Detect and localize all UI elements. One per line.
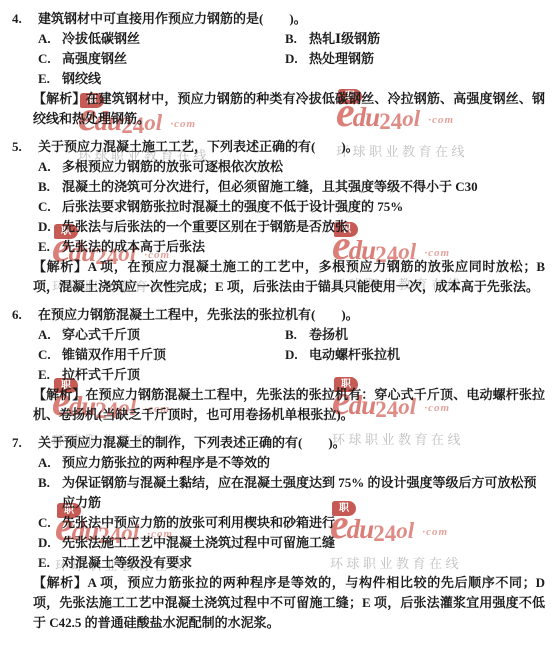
option: A.冷拔低碳钢丝 — [38, 29, 285, 49]
option-label: B. — [38, 177, 62, 197]
options-list: A.多根预应力钢筋的放张可逐根依次放松B.混凝土的浇筑可分次进行，但必须留施工缝… — [12, 157, 545, 257]
question-stem: 关于预应力混凝土施工工艺，下列表述正确的有( )。 — [38, 137, 545, 157]
option-text: 热处理钢筋 — [309, 49, 545, 69]
option-label: E. — [38, 69, 62, 89]
option-text: 先张法中预应力筋的放张可利用楔块和砂箱进行 — [62, 513, 545, 533]
option-row: E.钢绞线 — [38, 69, 545, 89]
option-row: A.预应力筋张拉的两种程序是不等效的 — [38, 453, 545, 473]
options-list: A.预应力筋张拉的两种程序是不等效的B.为保证钢筋与混凝土黏结，应在混凝土强度达… — [12, 453, 545, 573]
option-row: C.后张法要求钢筋张拉时混凝土的强度不低于设计强度的 75% — [38, 197, 545, 217]
option: B.混凝土的浇筑可分次进行，但必须留施工缝，且其强度等级不得小于 C30 — [38, 177, 545, 197]
option-text: 卷扬机 — [309, 325, 545, 345]
question-number: 6. — [12, 305, 38, 325]
analysis-paragraph: 【解析】A 项，在预应力混凝土施工的工艺中，多根预应力钢筋的放张应同时放松；B … — [33, 257, 545, 297]
exam-document-page: 职edu24ol ·com 环球职业教育在线 职edu24ol ·com 环球职… — [0, 0, 558, 668]
option-label: C. — [38, 345, 62, 365]
option-text: 对混凝土等级没有要求 — [62, 553, 545, 573]
option-text: 热轧Ⅰ级钢筋 — [309, 29, 545, 49]
option-row: D.先张法与后张法的一个重要区别在于钢筋是否放张 — [38, 217, 545, 237]
option-row: A.多根预应力钢筋的放张可逐根依次放松 — [38, 157, 545, 177]
option: D.电动螺杆张拉机 — [285, 345, 545, 365]
question-stem: 在预应力钢筋混凝土工程中，先张法的张拉机有( )。 — [38, 305, 545, 325]
option-label: D. — [38, 533, 62, 553]
analysis-paragraph: 【解析】在预应力钢筋混凝土工程中，先张法的张拉机有：穿心式千斤顶、电动螺杆张拉机… — [33, 385, 545, 425]
option-text: 预应力筋张拉的两种程序是不等效的 — [62, 453, 545, 473]
analysis-paragraph: 【解析】在建筑钢材中，预应力钢筋的种类有冷拔低碳钢丝、冷拉钢筋、高强度钢丝、钢绞… — [33, 89, 545, 129]
options-list: A.冷拔低碳钢丝B.热轧Ⅰ级钢筋C.高强度钢丝D.热处理钢筋E.钢绞线 — [12, 29, 545, 89]
option-row: A.冷拔低碳钢丝B.热轧Ⅰ级钢筋 — [38, 29, 545, 49]
option-label: A. — [38, 157, 62, 177]
analysis-paragraph: 【解析】A 项，预应力筋张拉的两种程序是等效的，与构件相比较的先后顺序不同；D … — [33, 573, 545, 633]
analysis-text: 在建筑钢材中，预应力钢筋的种类有冷拔低碳钢丝、冷拉钢筋、高强度钢丝、钢绞线和热处… — [33, 91, 545, 126]
option-row: E.拉杆式千斤顶 — [38, 365, 545, 385]
option-text: 钢绞线 — [62, 69, 545, 89]
option: D.先张法施工工艺中混凝土浇筑过程中可留施工缝 — [38, 533, 545, 553]
analysis-label: 【解析】 — [33, 259, 88, 274]
option: C.高强度钢丝 — [38, 49, 285, 69]
option-label: D. — [285, 49, 309, 69]
option-text: 混凝土的浇筑可分次进行，但必须留施工缝，且其强度等级不得小于 C30 — [62, 177, 545, 197]
question-stem: 关于预应力混凝土的制作，下列表述正确的有( )。 — [38, 433, 545, 453]
option-label: D. — [285, 345, 309, 365]
option-row: D.先张法施工工艺中混凝土浇筑过程中可留施工缝 — [38, 533, 545, 553]
questions-content: 4.建筑钢材中可直接用作预应力钢筋的是( )。A.冷拔低碳钢丝B.热轧Ⅰ级钢筋C… — [0, 0, 558, 633]
option-label: E. — [38, 553, 62, 573]
option-label: C. — [38, 513, 62, 533]
option-text: 拉杆式千斤顶 — [62, 365, 545, 385]
question-stem-row: 6.在预应力钢筋混凝土工程中，先张法的张拉机有( )。 — [12, 305, 545, 325]
option: A.穿心式千斤顶 — [38, 325, 285, 345]
option-label: B. — [285, 29, 309, 49]
analysis-text: A 项，在预应力混凝土施工的工艺中，多根预应力钢筋的放张应同时放松；B 项，混凝… — [33, 259, 545, 294]
option-text: 先张法与后张法的一个重要区别在于钢筋是否放张 — [62, 217, 545, 237]
analysis-text: A 项，预应力筋张拉的两种程序是等效的，与构件相比较的先后顺序不同；D 项，先张… — [33, 575, 545, 630]
analysis-label: 【解析】 — [33, 575, 88, 590]
option: E.先张法的成本高于后张法 — [38, 237, 545, 257]
option-row: C.先张法中预应力筋的放张可利用楔块和砂箱进行 — [38, 513, 545, 533]
question-block: 4.建筑钢材中可直接用作预应力钢筋的是( )。A.冷拔低碳钢丝B.热轧Ⅰ级钢筋C… — [12, 9, 545, 129]
options-list: A.穿心式千斤顶B.卷扬机C.锥锚双作用千斤顶D.电动螺杆张拉机E.拉杆式千斤顶 — [12, 325, 545, 385]
option-text: 穿心式千斤顶 — [62, 325, 285, 345]
option-label: D. — [38, 217, 62, 237]
question-stem: 建筑钢材中可直接用作预应力钢筋的是( )。 — [38, 9, 545, 29]
option: A.预应力筋张拉的两种程序是不等效的 — [38, 453, 545, 473]
option-text: 电动螺杆张拉机 — [309, 345, 545, 365]
option-row: A.穿心式千斤顶B.卷扬机 — [38, 325, 545, 345]
option: E.对混凝土等级没有要求 — [38, 553, 545, 573]
question-stem-row: 5.关于预应力混凝土施工工艺，下列表述正确的有( )。 — [12, 137, 545, 157]
option-label: B. — [285, 325, 309, 345]
option-row: E.对混凝土等级没有要求 — [38, 553, 545, 573]
option-label: A. — [38, 453, 62, 473]
option-text: 为保证钢筋与混凝土黏结，应在混凝土强度达到 75% 的设计强度等级后方可放松预应… — [62, 473, 545, 513]
question-block: 6.在预应力钢筋混凝土工程中，先张法的张拉机有( )。A.穿心式千斤顶B.卷扬机… — [12, 305, 545, 425]
question-number: 4. — [12, 9, 38, 29]
option: C.锥锚双作用千斤顶 — [38, 345, 285, 365]
option-row: B.混凝土的浇筑可分次进行，但必须留施工缝，且其强度等级不得小于 C30 — [38, 177, 545, 197]
option-label: E. — [38, 237, 62, 257]
option: A.多根预应力钢筋的放张可逐根依次放松 — [38, 157, 545, 177]
option: C.先张法中预应力筋的放张可利用楔块和砂箱进行 — [38, 513, 545, 533]
option-row: C.高强度钢丝D.热处理钢筋 — [38, 49, 545, 69]
option-label: B. — [38, 473, 62, 513]
option-text: 冷拔低碳钢丝 — [62, 29, 285, 49]
option-row: B.为保证钢筋与混凝土黏结，应在混凝土强度达到 75% 的设计强度等级后方可放松… — [38, 473, 545, 513]
option: B.热轧Ⅰ级钢筋 — [285, 29, 545, 49]
analysis-text: 在预应力钢筋混凝土工程中，先张法的张拉机有：穿心式千斤顶、电动螺杆张拉机、卷扬机… — [33, 387, 545, 422]
option-label: E. — [38, 365, 62, 385]
option-label: A. — [38, 325, 62, 345]
analysis-label: 【解析】 — [33, 91, 86, 106]
option-row: C.锥锚双作用千斤顶D.电动螺杆张拉机 — [38, 345, 545, 365]
option-text: 后张法要求钢筋张拉时混凝土的强度不低于设计强度的 75% — [62, 197, 545, 217]
option: D.先张法与后张法的一个重要区别在于钢筋是否放张 — [38, 217, 545, 237]
option: C.后张法要求钢筋张拉时混凝土的强度不低于设计强度的 75% — [38, 197, 545, 217]
option-text: 先张法的成本高于后张法 — [62, 237, 545, 257]
question-stem-row: 7.关于预应力混凝土的制作，下列表述正确的有( )。 — [12, 433, 545, 453]
option-text: 锥锚双作用千斤顶 — [62, 345, 285, 365]
option-text: 多根预应力钢筋的放张可逐根依次放松 — [62, 157, 545, 177]
option-label: A. — [38, 29, 62, 49]
option: B.卷扬机 — [285, 325, 545, 345]
question-block: 7.关于预应力混凝土的制作，下列表述正确的有( )。A.预应力筋张拉的两种程序是… — [12, 433, 545, 633]
question-stem-row: 4.建筑钢材中可直接用作预应力钢筋的是( )。 — [12, 9, 545, 29]
option-label: C. — [38, 197, 62, 217]
question-number: 5. — [12, 137, 38, 157]
option-row: E.先张法的成本高于后张法 — [38, 237, 545, 257]
question-number: 7. — [12, 433, 38, 453]
option: D.热处理钢筋 — [285, 49, 545, 69]
option: E.钢绞线 — [38, 69, 545, 89]
option-label: C. — [38, 49, 62, 69]
option-text: 先张法施工工艺中混凝土浇筑过程中可留施工缝 — [62, 533, 545, 553]
question-block: 5.关于预应力混凝土施工工艺，下列表述正确的有( )。A.多根预应力钢筋的放张可… — [12, 137, 545, 297]
analysis-label: 【解析】 — [33, 387, 86, 402]
option: E.拉杆式千斤顶 — [38, 365, 545, 385]
option: B.为保证钢筋与混凝土黏结，应在混凝土强度达到 75% 的设计强度等级后方可放松… — [38, 473, 545, 513]
option-text: 高强度钢丝 — [62, 49, 285, 69]
